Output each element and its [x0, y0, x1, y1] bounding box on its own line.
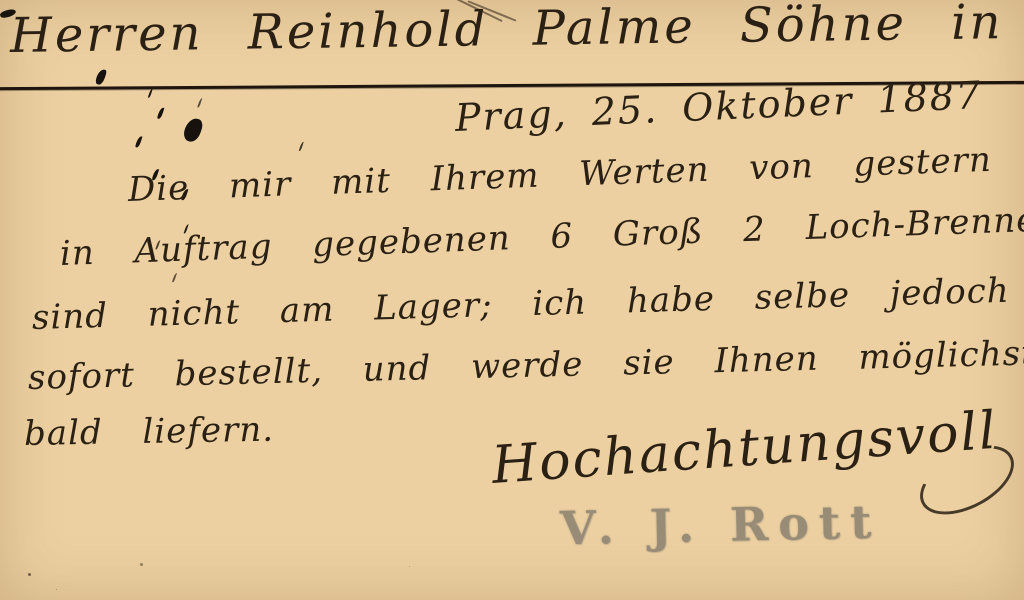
- paper-specks: [28, 573, 31, 576]
- body-line: sind nicht am Lager; ich habe selbe jedo…: [31, 271, 1010, 338]
- body-line: sofort bestellt, und werde sie Ihnen mög…: [28, 333, 1024, 398]
- signature-stamp: V. J. Rott: [559, 495, 881, 556]
- ink-splatter: [182, 116, 205, 144]
- addressee-line: Herren Reinhold Palme Söhne in Haida: [10, 0, 1016, 64]
- body-line: bald liefern.: [24, 410, 275, 454]
- body-line: in Auftrag gegebenen 6 Groß 2 Loch-Brenn…: [59, 199, 1024, 274]
- postcard-scan: Herren Reinhold Palme Söhne in Haida Pra…: [0, 0, 1024, 600]
- body-line: Die mir mit Ihrem Werten von gestern: [127, 140, 992, 210]
